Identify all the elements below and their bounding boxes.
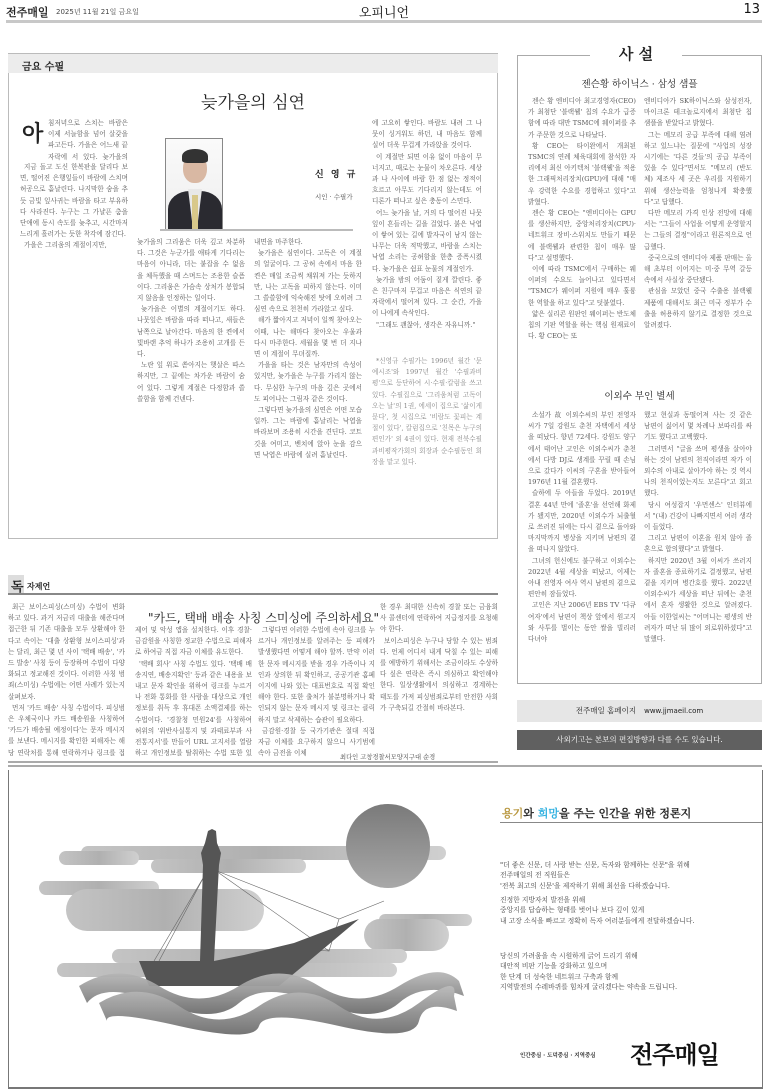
editorial-paragraph: 그는 메모리 공급 부족에 대해 염려하고 있느냐는 질문에 "사업의 성장 시…: [644, 130, 752, 208]
slogan-courage: 용기: [502, 807, 523, 820]
reader-signature: 최다인 고창경찰서모양지구대 순경: [340, 752, 435, 761]
reader-label-initial: 독: [11, 576, 24, 595]
editorial-2-column-2: 했고 현실과 동떨어져 사는 것 같은 남편이 싫어서 몇 차례나 보따리를 싸…: [644, 410, 752, 668]
editorial-paragraph: 젠슨 황 CEO는 "엔비디아는 GPU를 생산하지만, 중앙처리장치(CPU)…: [528, 208, 636, 264]
reader-paragraph: 제어 및 악성 앱을 설치한다. 이후 경찰·금감원을 사칭한 정교한 수법으로…: [135, 625, 252, 659]
editorial-headline-1: 젠슨황 하이닉스 · 삼성 샘플: [517, 76, 762, 90]
slogan-hope: 희망: [538, 807, 559, 820]
essay-paragraph: 가을은 그리움의 계절이지만,: [20, 240, 128, 251]
editorial-paragraph: 당시 여성잡지 '우먼센스' 인터뷰에서 "(내) 건강이 나빠지면서 여러 생…: [644, 500, 752, 534]
author-bio-text: *신영규 수필가는 1996년 월간 '문예시조'와 1997년 월간 '수필과…: [372, 356, 482, 468]
section-divider: [8, 765, 762, 767]
ad-line: 전주매일의 전 직원들은: [500, 870, 690, 880]
essay-paragraph: 내면을 마주한다.: [254, 237, 362, 248]
ad-line: 중앙지를 답습하는 형태를 벗어나 보다 깊이 있게: [500, 905, 695, 915]
essay-column-3: 내면을 마주한다. 늦가을은 심연이다. 고독은 이 계절의 얼굴이다. 그 공…: [254, 237, 362, 532]
reader-section-header: 독 자제언: [8, 575, 498, 595]
reader-paragraph: '택배 회사' 사칭 수법도 있다. '택배 배송지연, 배송지확인' 등과 같…: [135, 659, 252, 758]
essay-section-label: 금요 수필: [22, 58, 64, 73]
homepage-label: 전주매일 홈페이지: [576, 706, 636, 715]
author-name: 신 영 규: [315, 167, 357, 180]
ad-paragraph-2: 진정한 지방자치 발전을 위해 중앙지를 답습하는 형태를 벗어나 보다 깊이 …: [500, 895, 695, 926]
ad-line: 당신의 가려움을 속 시원하게 긁어 드리기 위해: [500, 951, 677, 961]
reader-headline: "카드, 택배 배송 사칭 스미싱에 주의하세요": [148, 609, 379, 626]
editorial-label: 사 설: [590, 43, 682, 64]
editorial-paragraph: 젠슨 황 엔비디아 최고경영자(CEO)가 최첨단 '블랙웰' 칩의 수요가 급…: [528, 96, 636, 141]
editorial-1-column-1: 젠슨 황 엔비디아 최고경영자(CEO)가 최첨단 '블랙웰' 칩의 수요가 급…: [528, 96, 636, 348]
editorial-1-column-2: 엔비디아가 SK하이닉스와 삼성전자, 마이크론 테크놀로지에서 최첨단 칩 샘…: [644, 96, 752, 348]
essay-paragraph: 어느 늦가을 날, 거의 다 떨어진 나뭇잎이 흔들리는 길을 걸었다. 붉은 …: [372, 208, 482, 275]
editorial-2-column-1: 소설가 故 이외수씨의 부인 전영자씨가 7일 강원도 춘천 자택에서 세상을 …: [528, 410, 636, 668]
editorial-paragraph: 그녀의 헌신에도 불구하고 이외수는 2022년 4월 세상을 떠났고, 이제는…: [528, 556, 636, 601]
essay-paragraph: 이 계절만 되면 이유 없이 마음이 무너지고, 때로는 눈물이 차오른다. 세…: [372, 152, 482, 208]
section-title: 오피니언: [0, 2, 768, 21]
ad-line: '전북 최고의 신문'을 제작하기 위해 최선을 다하겠습니다.: [500, 881, 690, 891]
essay-paragraph: 늦가을 밤의 어둠이 짙게 깔린다. 좋은 친구마저 무겁고 마음은 식연의 끝…: [372, 275, 482, 320]
header-divider: [6, 20, 762, 23]
reader-label-rest: 자제언: [27, 581, 50, 592]
homepage-bar: 전주매일 홈페이지www.jjmaeil.com: [517, 700, 762, 722]
editorial-paragraph: 황 CEO는 타이완에서 개최된 TSMC의 연례 체육대회에 참석한 자리에서…: [528, 141, 636, 208]
essay-column-1: 침저녁으로 스치는 바람은 이제 서늘함을 넘어 살갗을 파고든다. 가을은 어…: [48, 118, 128, 162]
essay-paragraph: 에 고요히 쌓인다. 바람도 내려 그 나뭇이 싱거워도 하던, 내 마음도 함…: [372, 118, 482, 152]
essay-column-1b: 지금 돌고 도신 한복판을 달리다 보면, 떨어진 은행잎들이 바람에 스치며 …: [20, 162, 128, 532]
editorial-headline-2: 이외수 부인 별세: [517, 388, 762, 402]
reader-paragraph: 먼저 '카드 배송' 사칭 수법이다. 피싱범은 우체국이나 카드 배송원을 사…: [8, 703, 125, 758]
essay-paragraph: 늦가을은 이별의 계절이기도 하다. 나뭇잎은 바람을 따라 떠나고, 새들은 …: [137, 304, 245, 360]
ad-paragraph-1: "더 좋은 신문, 더 사랑 받는 신문, 독자와 함께하는 신문"을 위해 전…: [500, 860, 690, 891]
ad-slogan: 용기와 희망을 주는 인간을 위한 정론지: [502, 805, 691, 821]
essay-paragraph: 그렇다면 늦가을의 심연은 어떤 모습일까. 그는 바람에 흩날리는 낙엽을 바…: [254, 405, 362, 461]
reader-column-4: 한 경우 최대한 신속히 경찰 또는 금융회사 콜센터에 연락하여 지급정지를 …: [380, 602, 498, 750]
drop-cap: 아: [22, 117, 43, 148]
reader-bottom-rule: [8, 761, 498, 763]
slogan-rest: 을 주는 인간을 위한 정론지: [559, 807, 691, 820]
sun-shape: [346, 804, 430, 888]
ad-line: 한 단계 더 성숙한 네트워크 구축과 함께: [500, 972, 677, 982]
editorial-paragraph: 얇은 실리콘 원판인 웨이퍼는 반도체 칩의 기판 역할을 하는 핵심 원재료이…: [528, 309, 636, 343]
essay-paragraph: 노란 잎 위로 쏟아지는 햇살은 따스하지만, 그 끝에는 차가운 바람이 숨어…: [137, 360, 245, 405]
editorial-paragraph: 그리고 남편이 이혼을 원치 않아 졸혼으로 합의했다"고 밝혔다.: [644, 533, 752, 555]
editorial-paragraph: 다만 메모리 가격 인상 전망에 대해서는 "그들이 사업을 어떻게 운영할지는…: [644, 208, 752, 253]
reader-column-3: 그렇다면 이러한 수법에 속아 링크를 누르거나 개인정보를 알려주는 등 피해…: [258, 625, 375, 758]
ad-logo: 전주매일: [630, 1035, 719, 1070]
editorial-paragraph: 엔비디아가 SK하이닉스와 삼성전자, 마이크론 테크놀로지에서 최첨단 칩 샘…: [644, 96, 752, 130]
essay-paragraph: 해가 짧아지고 저녁이 일찍 찾아오는 이때, 나는 해마다 찾아오는 우울과 …: [254, 315, 362, 360]
essay-paragraph: 지금 돌고 도신 한복판을 달리다 보면, 떨어진 은행잎들이 바람에 스치며 …: [20, 162, 128, 240]
ad-divider: [500, 822, 762, 823]
reader-column-1: 최근 보이스피싱(스미싱) 수법이 변화하고 있다. 과거 저금리 대출을 해준…: [8, 602, 125, 758]
essay-paragraph: 가을을 타는 것은 남자만의 속성이 있지만, 늦가을은 누구를 가리지 않는다…: [254, 360, 362, 405]
essay-paragraph: 늦가을은 심연이다. 고독은 이 계절의 얼굴이다. 그 공허 속에서 마음 한…: [254, 248, 362, 315]
essay-column-2: 늦가을의 그리움은 더욱 깊고 차분하다. 그것은 누군가를 애타게 기다리는 …: [137, 237, 245, 532]
editorial-paragraph: 고인은 지난 2006년 EBS TV '다큐 여자'에서 남편이 책상 앞에서…: [528, 600, 636, 645]
author-photo: [165, 138, 223, 230]
ad-paragraph-3: 당신의 가려움을 속 시원하게 긁어 드리기 위해 대안적 비판 기능을 강화하…: [500, 951, 677, 992]
essay-paragraph: 침저녁으로 스치는 바람은 이제 서늘함을 넘어 살갗을 파고든다. 가을은 어…: [48, 118, 128, 162]
wave-shapes: [79, 972, 464, 1034]
essay-paragraph: 늦가을의 그리움은 더욱 깊고 차분하다. 그것은 누군가를 애타게 기다리는 …: [137, 237, 245, 304]
homepage-link[interactable]: www.jjmaeil.com: [644, 707, 703, 715]
essay-paragraph: "그래도 괜찮아, 생각은 자유니까.": [372, 320, 482, 331]
slogan-connector: 와: [523, 807, 537, 820]
ad-line: 내 고장 소식을 빠르고 정확히 독자 여러분들에게 전달하겠습니다.: [500, 916, 695, 926]
reader-paragraph: 한 경우 최대한 신속히 경찰 또는 금융회사 콜센터에 연락하여 지급정지를 …: [380, 602, 498, 636]
editorial-paragraph: 그러면서 "글을 쓰며 평생을 살아야 하는 것이 남편의 천직이라면 작가 이…: [644, 444, 752, 500]
essay-headline: 늦가을의 심연: [8, 88, 498, 113]
reader-paragraph: 보이스피싱은 누구나 당할 수 있는 범죄다. 언제 어디서 내게 닥칠 수 있…: [380, 636, 498, 714]
author-divider: [160, 229, 353, 231]
editorial-paragraph: 했고 현실과 동떨어져 사는 것 같은 남편이 싫어서 몇 차례나 보따리를 싸…: [644, 410, 752, 444]
editorial-paragraph: 중국으로의 엔비디아 제품 판매는 올해 초부터 이어지는 미·중 무역 갈등 …: [644, 253, 752, 287]
page-number: 13: [743, 2, 760, 17]
reader-column-2: 제어 및 악성 앱을 설치한다. 이후 경찰·금감원을 사칭한 정교한 수법으로…: [135, 625, 252, 758]
author-role: 시인 · 수필가: [315, 192, 353, 201]
editorial-paragraph: 관심을 모았던 중국 수출용 블랙웰 제품에 대해서도 최근 미국 정부가 수출…: [644, 286, 752, 331]
editorial-paragraph: 이에 따라 TSMC에서 구매하는 웨이퍼의 수요도 늘어나고 있다면서 "TS…: [528, 264, 636, 309]
contribution-notice: 사외기고는 본보의 편집방향과 다를 수도 있습니다.: [517, 730, 762, 750]
editorial-paragraph: 슬하에 두 아들을 두었다. 2019년 결혼 44년 만에 '졸혼'을 선언해…: [528, 488, 636, 555]
ad-line: "더 좋은 신문, 더 사랑 받는 신문, 독자와 함께하는 신문"을 위해: [500, 860, 690, 870]
reader-paragraph: 그렇다면 이러한 수법에 속아 링크를 누르거나 개인정보를 알려주는 등 피해…: [258, 625, 375, 726]
essay-section-header: 금요 수필: [8, 53, 498, 73]
pen-ship-illustration: [9, 771, 479, 1087]
ad-line: 지역발전의 수레바퀴를 힘차게 굴리겠다는 약속을 드립니다.: [500, 982, 677, 992]
editorial-paragraph: 소설가 故 이외수씨의 부인 전영자씨가 7일 강원도 춘천 자택에서 세상을 …: [528, 410, 636, 488]
author-bio: *신영규 수필가는 1996년 월간 '문예시조'와 1997년 월간 '수필과…: [372, 356, 482, 532]
reader-paragraph: 최근 보이스피싱(스미싱) 수법이 변화하고 있다. 과거 저금리 대출을 해준…: [8, 602, 125, 703]
ad-line: 진정한 지방자치 발전을 위해: [500, 895, 695, 905]
editorial-paragraph: 하지만 2020년 3월 이씨가 쓰러지자 졸혼을 종료하기로 결정했고, 남편…: [644, 556, 752, 646]
essay-column-4: 에 고요히 쌓인다. 바람도 내려 그 나뭇이 싱거워도 하던, 내 마음도 함…: [372, 118, 482, 350]
ad-sub-tagline: 인간중심 · 도덕중심 · 지역중심: [520, 1051, 596, 1059]
ad-line: 대안적 비판 기능을 강화하고 있으며: [500, 961, 677, 971]
